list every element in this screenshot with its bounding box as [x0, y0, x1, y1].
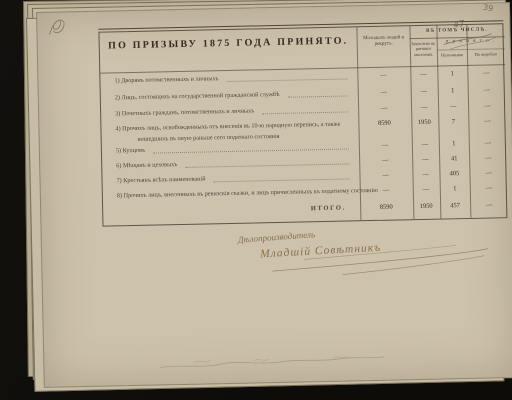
- cell-value: 1: [451, 67, 455, 80]
- table-rows: 1) Дворянъ потомственныхъ и личныхъ——1—2…: [99, 24, 506, 225]
- row-label: 1) Дворянъ потомственныхъ и личныхъ: [114, 72, 218, 87]
- cell-value: 1: [452, 137, 456, 150]
- dot-leader: [214, 178, 350, 182]
- cell-value: 41: [451, 152, 458, 165]
- cell-value: 1950: [420, 200, 433, 213]
- cell-value: —: [422, 168, 429, 181]
- row-label: 5) Купцовъ: [116, 144, 145, 158]
- cell-value: —: [485, 181, 492, 194]
- cell-value: 1: [451, 84, 455, 97]
- cell-value: —: [382, 169, 389, 182]
- row-label: 7) Крестьянъ всѣхъ наименованій: [116, 172, 205, 187]
- cell-value: —: [484, 116, 491, 127]
- cell-value: —: [483, 84, 490, 97]
- cell-value: —: [450, 100, 457, 113]
- cell-value: 7: [452, 116, 455, 127]
- cell-value: —: [485, 151, 492, 164]
- cell-value: —: [421, 138, 428, 151]
- cell-value: —: [420, 68, 427, 81]
- cell-value: —: [483, 67, 490, 80]
- row-label: И Т О Г О .: [311, 202, 345, 216]
- cell-value: —: [421, 101, 428, 114]
- table-total-row: И Т О Г О .85901950457—: [103, 198, 506, 219]
- cell-value: 8590: [378, 118, 391, 129]
- pencil-scribble-icon: [49, 20, 64, 35]
- cell-value: —: [485, 166, 492, 179]
- cell-value: 457: [450, 199, 460, 212]
- cell-value: 8590: [380, 201, 393, 214]
- cell-value: —: [422, 183, 429, 196]
- dot-leader: [288, 95, 348, 97]
- row-label: 3) Почетныхъ гражданъ, потомственныхъ и …: [115, 104, 254, 120]
- cell-value: 1: [453, 182, 457, 195]
- pencil-note-bottom-icon: [194, 357, 348, 363]
- cell-value: 405: [449, 167, 459, 180]
- document-sheet: ПО ПРИЗЫВУ 1875 ГОДА ПРИНЯТО. ВЪ ТОМЪ ЧИ…: [36, 2, 512, 388]
- cell-value: —: [382, 154, 389, 167]
- cell-value: 1950: [418, 117, 431, 128]
- dot-leader: [153, 148, 349, 153]
- dot-leader: [262, 111, 348, 114]
- pencil-mark-top-right: 39: [482, 3, 494, 14]
- cell-value: —: [380, 69, 387, 82]
- cell-value: —: [382, 184, 389, 197]
- cell-value: —: [484, 136, 491, 149]
- cell-value: —: [381, 102, 388, 115]
- row-label: 8) Прочихъ лицъ, внесенныхъ въ ревизскія…: [117, 184, 378, 202]
- cell-value: —: [380, 86, 387, 99]
- pencil-note-bottom-icon: [160, 357, 384, 368]
- handwritten-signature-line-1: Дѣлопроизводитель: [238, 229, 316, 245]
- row-label: 6) Мѣщанъ и цеховыхъ: [116, 158, 177, 172]
- conscription-table: ПО ПРИЗЫВУ 1875 ГОДА ПРИНЯТО. ВЪ ТОМЪ ЧИ…: [98, 23, 507, 226]
- dot-leader: [227, 78, 348, 82]
- cell-value: —: [484, 100, 491, 113]
- cell-value: —: [422, 153, 429, 166]
- signature-flourish-icon: [342, 256, 484, 275]
- dot-leader: [185, 163, 349, 167]
- scan-background: ПО ПРИЗЫВУ 1875 ГОДА ПРИНЯТО. ВЪ ТОМЪ ЧИ…: [0, 0, 512, 400]
- row-label: 2) Лицъ, состоящихъ на государственной г…: [115, 88, 280, 104]
- handwritten-signature-line-2: Младшій Совѣтникъ: [260, 242, 382, 261]
- cell-value: —: [486, 198, 493, 211]
- cell-value: —: [420, 85, 427, 98]
- cell-value: —: [381, 139, 388, 152]
